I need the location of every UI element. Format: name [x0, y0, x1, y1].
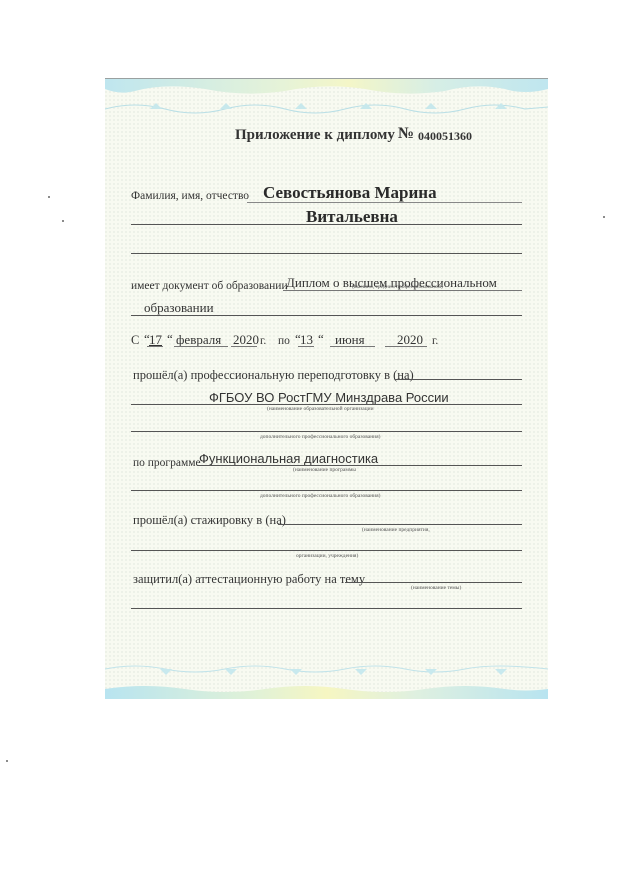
internship-label: прошёл(а) стажировку в (на) [133, 513, 286, 528]
period-from-prefix: С [131, 333, 139, 348]
retraining-underline-1 [395, 379, 522, 380]
internship-hint-2: организации, учреждения) [296, 553, 358, 559]
scan-speck [62, 220, 64, 222]
period-close-quote-2: “ [318, 331, 324, 347]
internship-underline-1 [278, 524, 522, 525]
guilloche-border-top [105, 79, 548, 121]
from-year-underline [231, 346, 257, 347]
edu-doc-hint: (высшем, среднем профессиональном) [352, 284, 443, 290]
period-close-quote-1: “ [167, 331, 173, 347]
internship-underline-2 [131, 550, 522, 551]
program-hint-1: (наименование программы [293, 467, 356, 473]
to-year-underline [385, 346, 427, 347]
period-to-prefix: по [278, 335, 290, 347]
program-underline-2 [131, 490, 522, 491]
fio-underline-3 [131, 253, 522, 254]
thesis-hint: (наименование темы) [411, 585, 461, 591]
retraining-hint-2: дополнительного профессионального образо… [260, 434, 380, 440]
program-underline-1 [197, 465, 522, 466]
thesis-underline-2 [131, 608, 522, 609]
diploma-supplement-sheet: Приложение к диплому № 040051360 Фамилия… [105, 78, 548, 699]
scan-speck [603, 216, 605, 218]
program-hint-2: дополнительного профессионального образо… [260, 493, 380, 499]
scan-speck [48, 196, 50, 198]
period-year-suffix-2: г. [432, 335, 438, 347]
program-value: Функциональная диагностика [199, 451, 378, 466]
to-month-underline [330, 346, 375, 347]
retraining-hint-1: (наименование образовательной организаци… [267, 406, 374, 412]
program-label: по программе [133, 457, 201, 469]
thesis-underline-1 [345, 582, 522, 583]
retraining-org-value: ФГБОУ ВО РостГМУ Минздрава России [209, 390, 449, 405]
scan-speck [6, 760, 8, 762]
fio-value-line2: Витальевна [306, 207, 398, 227]
number-sign: № [398, 125, 414, 143]
from-month-underline [174, 346, 228, 347]
to-day-underline [298, 346, 314, 347]
edu-doc-underline-2 [131, 315, 522, 316]
fio-value-line1: Севостьянова Марина [263, 183, 437, 203]
fio-label: Фамилия, имя, отчество [131, 190, 249, 202]
retraining-underline-3 [131, 431, 522, 432]
from-day-underline [147, 346, 163, 347]
thesis-label: защитил(а) аттестационную работу на тему [133, 572, 365, 587]
diploma-number: 040051360 [418, 129, 472, 144]
edu-doc-value-line2: образовании [144, 300, 214, 316]
retraining-underline-2 [131, 404, 522, 405]
guilloche-border-bottom [105, 657, 548, 699]
edu-doc-underline-1 [283, 290, 522, 291]
edu-doc-label: имеет документ об образовании [131, 280, 288, 292]
document-title: Приложение к диплому [235, 127, 395, 144]
internship-hint-1: (наименование предприятия, [362, 527, 430, 533]
retraining-label: прошёл(а) профессиональную переподготовк… [133, 368, 414, 383]
period-year-suffix-1: г. [260, 335, 266, 347]
